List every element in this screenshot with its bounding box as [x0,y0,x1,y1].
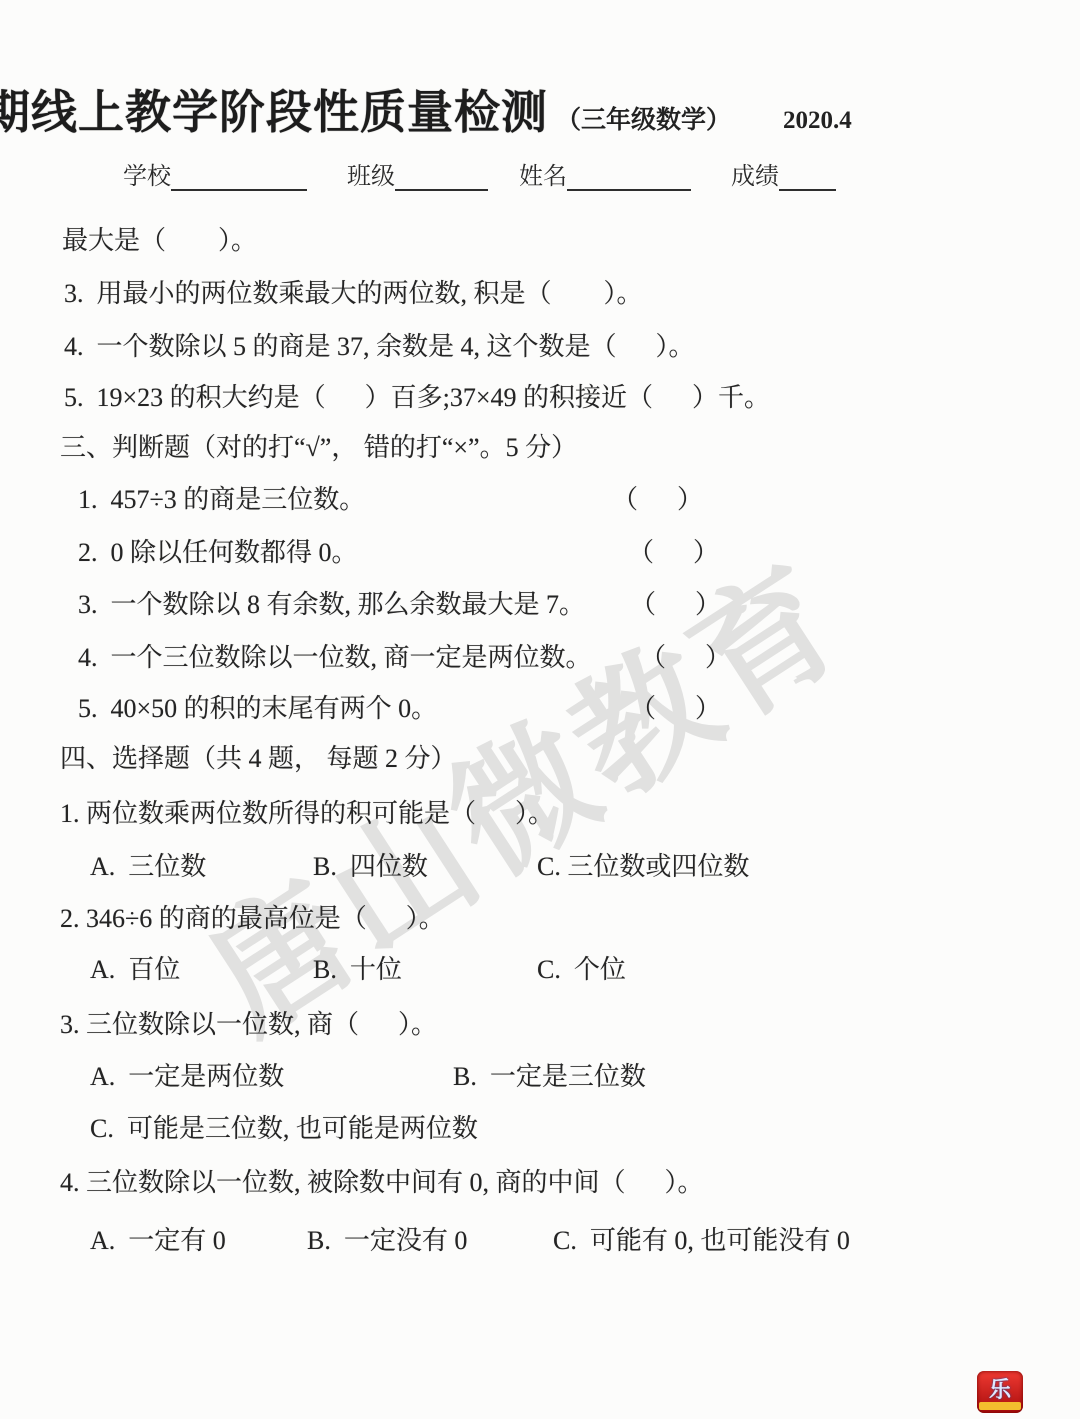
judge-answer-parens-5: （ ） [630,692,721,726]
fillin-question-3: 3. 用最小的两位数乘最大的两位数, 积是（ ）。 [64,277,643,311]
judge-answer-parens-3: （ ） [630,588,721,622]
judge-question-1: 1. 457÷3 的商是三位数。 [78,483,365,517]
choice-q4-option-a: A. 一定有 0 [90,1224,226,1258]
field-school: 学校 [123,156,307,191]
choice-q3-option-c: C. 可能是三位数, 也可能是两位数 [90,1112,478,1146]
field-name-blank [567,163,691,191]
field-school-blank [171,163,307,191]
field-class-label: 班级 [347,156,395,191]
choice-q3-option-b: B. 一定是三位数 [453,1060,646,1094]
judge-answer-parens-2: （ ） [628,536,719,570]
judge-question-5: 5. 40×50 的积的末尾有两个 0。 [78,692,437,726]
choice-q3-option-a: A. 一定是两位数 [90,1060,284,1094]
choice-q1-option-c: C. 三位数或四位数 [537,850,749,884]
title-main: 期线上教学阶段性质量检测 [0,76,548,142]
field-class: 班级 [347,156,488,191]
field-score: 成绩 [731,156,836,191]
field-name-label: 姓名 [519,156,567,191]
fillin-intro-line: 最大是（ ）。 [62,224,257,258]
logo-ribbon [979,1402,1021,1410]
field-name: 姓名 [519,156,691,191]
logo-red-box: 乐 [977,1371,1023,1413]
title-date: 2020.4 [783,107,852,135]
title-grade: （三年级数学） [556,100,731,136]
choice-question-1: 1. 两位数乘两位数所得的积可能是（ ）。 [60,797,554,831]
choice-q2-option-c: C. 个位 [537,953,626,987]
fillin-question-5: 5. 19×23 的积大约是（ ）百多;37×49 的积接近（ ）千。 [64,381,770,415]
judge-question-4: 4. 一个三位数除以一位数, 商一定是两位数。 [78,641,592,675]
choice-q4-option-b: B. 一定没有 0 [307,1224,467,1258]
fillin-question-4: 4. 一个数除以 5 的商是 37, 余数是 4, 这个数是（ ）。 [64,330,695,364]
choice-q2-option-a: A. 百位 [90,953,180,987]
judge-answer-parens-4: （ ） [640,641,731,675]
judge-answer-parens-1: （ ） [612,483,703,517]
exam-paper-page: 唐山微教育 期线上教学阶段性质量检测 （三年级数学） 2020.4 学校 班级 … [0,0,1080,1419]
choice-q1-option-a: A. 三位数 [90,850,206,884]
student-info-row: 学校 班级 姓名 成绩 [123,156,836,191]
field-score-blank [779,163,836,191]
choice-question-3: 3. 三位数除以一位数, 商（ ）。 [60,1008,437,1042]
choice-q2-option-b: B. 十位 [313,953,402,987]
choice-q1-option-b: B. 四位数 [313,850,428,884]
judge-question-2: 2. 0 除以任何数都得 0。 [78,536,358,570]
corner-logo: 乐 [977,1371,1023,1413]
field-school-label: 学校 [123,156,171,191]
judge-question-3: 3. 一个数除以 8 有余数, 那么余数最大是 7。 [78,588,585,622]
choice-q4-option-c: C. 可能有 0, 也可能没有 0 [553,1224,850,1258]
choice-question-2: 2. 346÷6 的商的最高位是（ ）。 [60,902,445,936]
judge-section-heading: 三、判断题（对的打“√”， 错的打“×”。5 分） [60,431,577,465]
logo-glyph: 乐 [989,1373,1011,1404]
choice-section-heading: 四、选择题（共 4 题， 每题 2 分） [60,742,457,776]
field-score-label: 成绩 [731,156,779,191]
field-class-blank [395,163,488,191]
choice-question-4: 4. 三位数除以一位数, 被除数中间有 0, 商的中间（ ）。 [60,1166,704,1200]
page-title: 期线上教学阶段性质量检测 （三年级数学） 2020.4 [0,76,852,142]
